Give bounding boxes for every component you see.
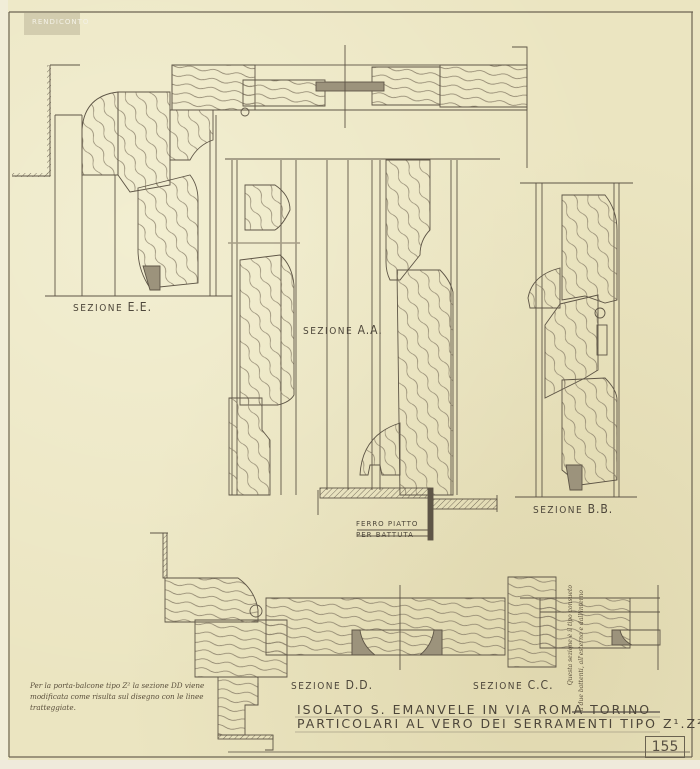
label-section-dd: SEZIONE D.D. xyxy=(291,678,373,692)
section-prefix: SEZIONE xyxy=(73,303,123,314)
section-prefix: SEZIONE xyxy=(533,505,583,516)
ferro-piatto-annotation: FERRO PIATTO PER BATTUTA xyxy=(356,519,418,541)
vertical-note-2: a due battenti, all'esterno e dall'inter… xyxy=(578,590,585,711)
section-code: E.E. xyxy=(128,300,153,314)
ferro-line-1: FERRO PIATTO xyxy=(356,519,418,530)
label-section-cc: SEZIONE C.C. xyxy=(473,678,554,692)
section-code: B.B. xyxy=(588,502,614,516)
section-code: A.A. xyxy=(358,323,383,337)
title-line-2: PARTICOLARI AL VERO DEI SERRAMENTI TIPO … xyxy=(297,717,700,731)
label-section-aa: SEZIONE A.A. xyxy=(303,323,383,337)
archive-stamp-text: RENDICONTO xyxy=(32,18,89,26)
page-number-box: 155 xyxy=(645,736,685,758)
section-code: C.C. xyxy=(528,678,554,692)
section-prefix: SEZIONE xyxy=(303,326,353,337)
vertical-note-1: Questa sezione è il tipo consueto xyxy=(567,585,574,685)
handwritten-note: Per la porta-balcone tipo Z² la sezione … xyxy=(30,680,230,713)
section-bb xyxy=(515,183,637,497)
section-aa xyxy=(228,160,497,540)
section-code: D.D. xyxy=(346,678,373,692)
label-section-bb: SEZIONE B.B. xyxy=(533,502,613,516)
section-prefix: SEZIONE xyxy=(291,681,341,692)
drawing-title-block: ISOLATO S. EMANVELE IN VIA ROMA TORINO P… xyxy=(297,703,700,731)
technical-drawing xyxy=(0,0,700,769)
top-horizontal-section xyxy=(172,45,527,168)
title-line-1: ISOLATO S. EMANVELE IN VIA ROMA TORINO xyxy=(297,703,700,717)
label-section-ee: SEZIONE E.E. xyxy=(73,300,152,314)
section-prefix: SEZIONE xyxy=(473,681,523,692)
ferro-line-2: PER BATTUTA xyxy=(356,530,418,541)
